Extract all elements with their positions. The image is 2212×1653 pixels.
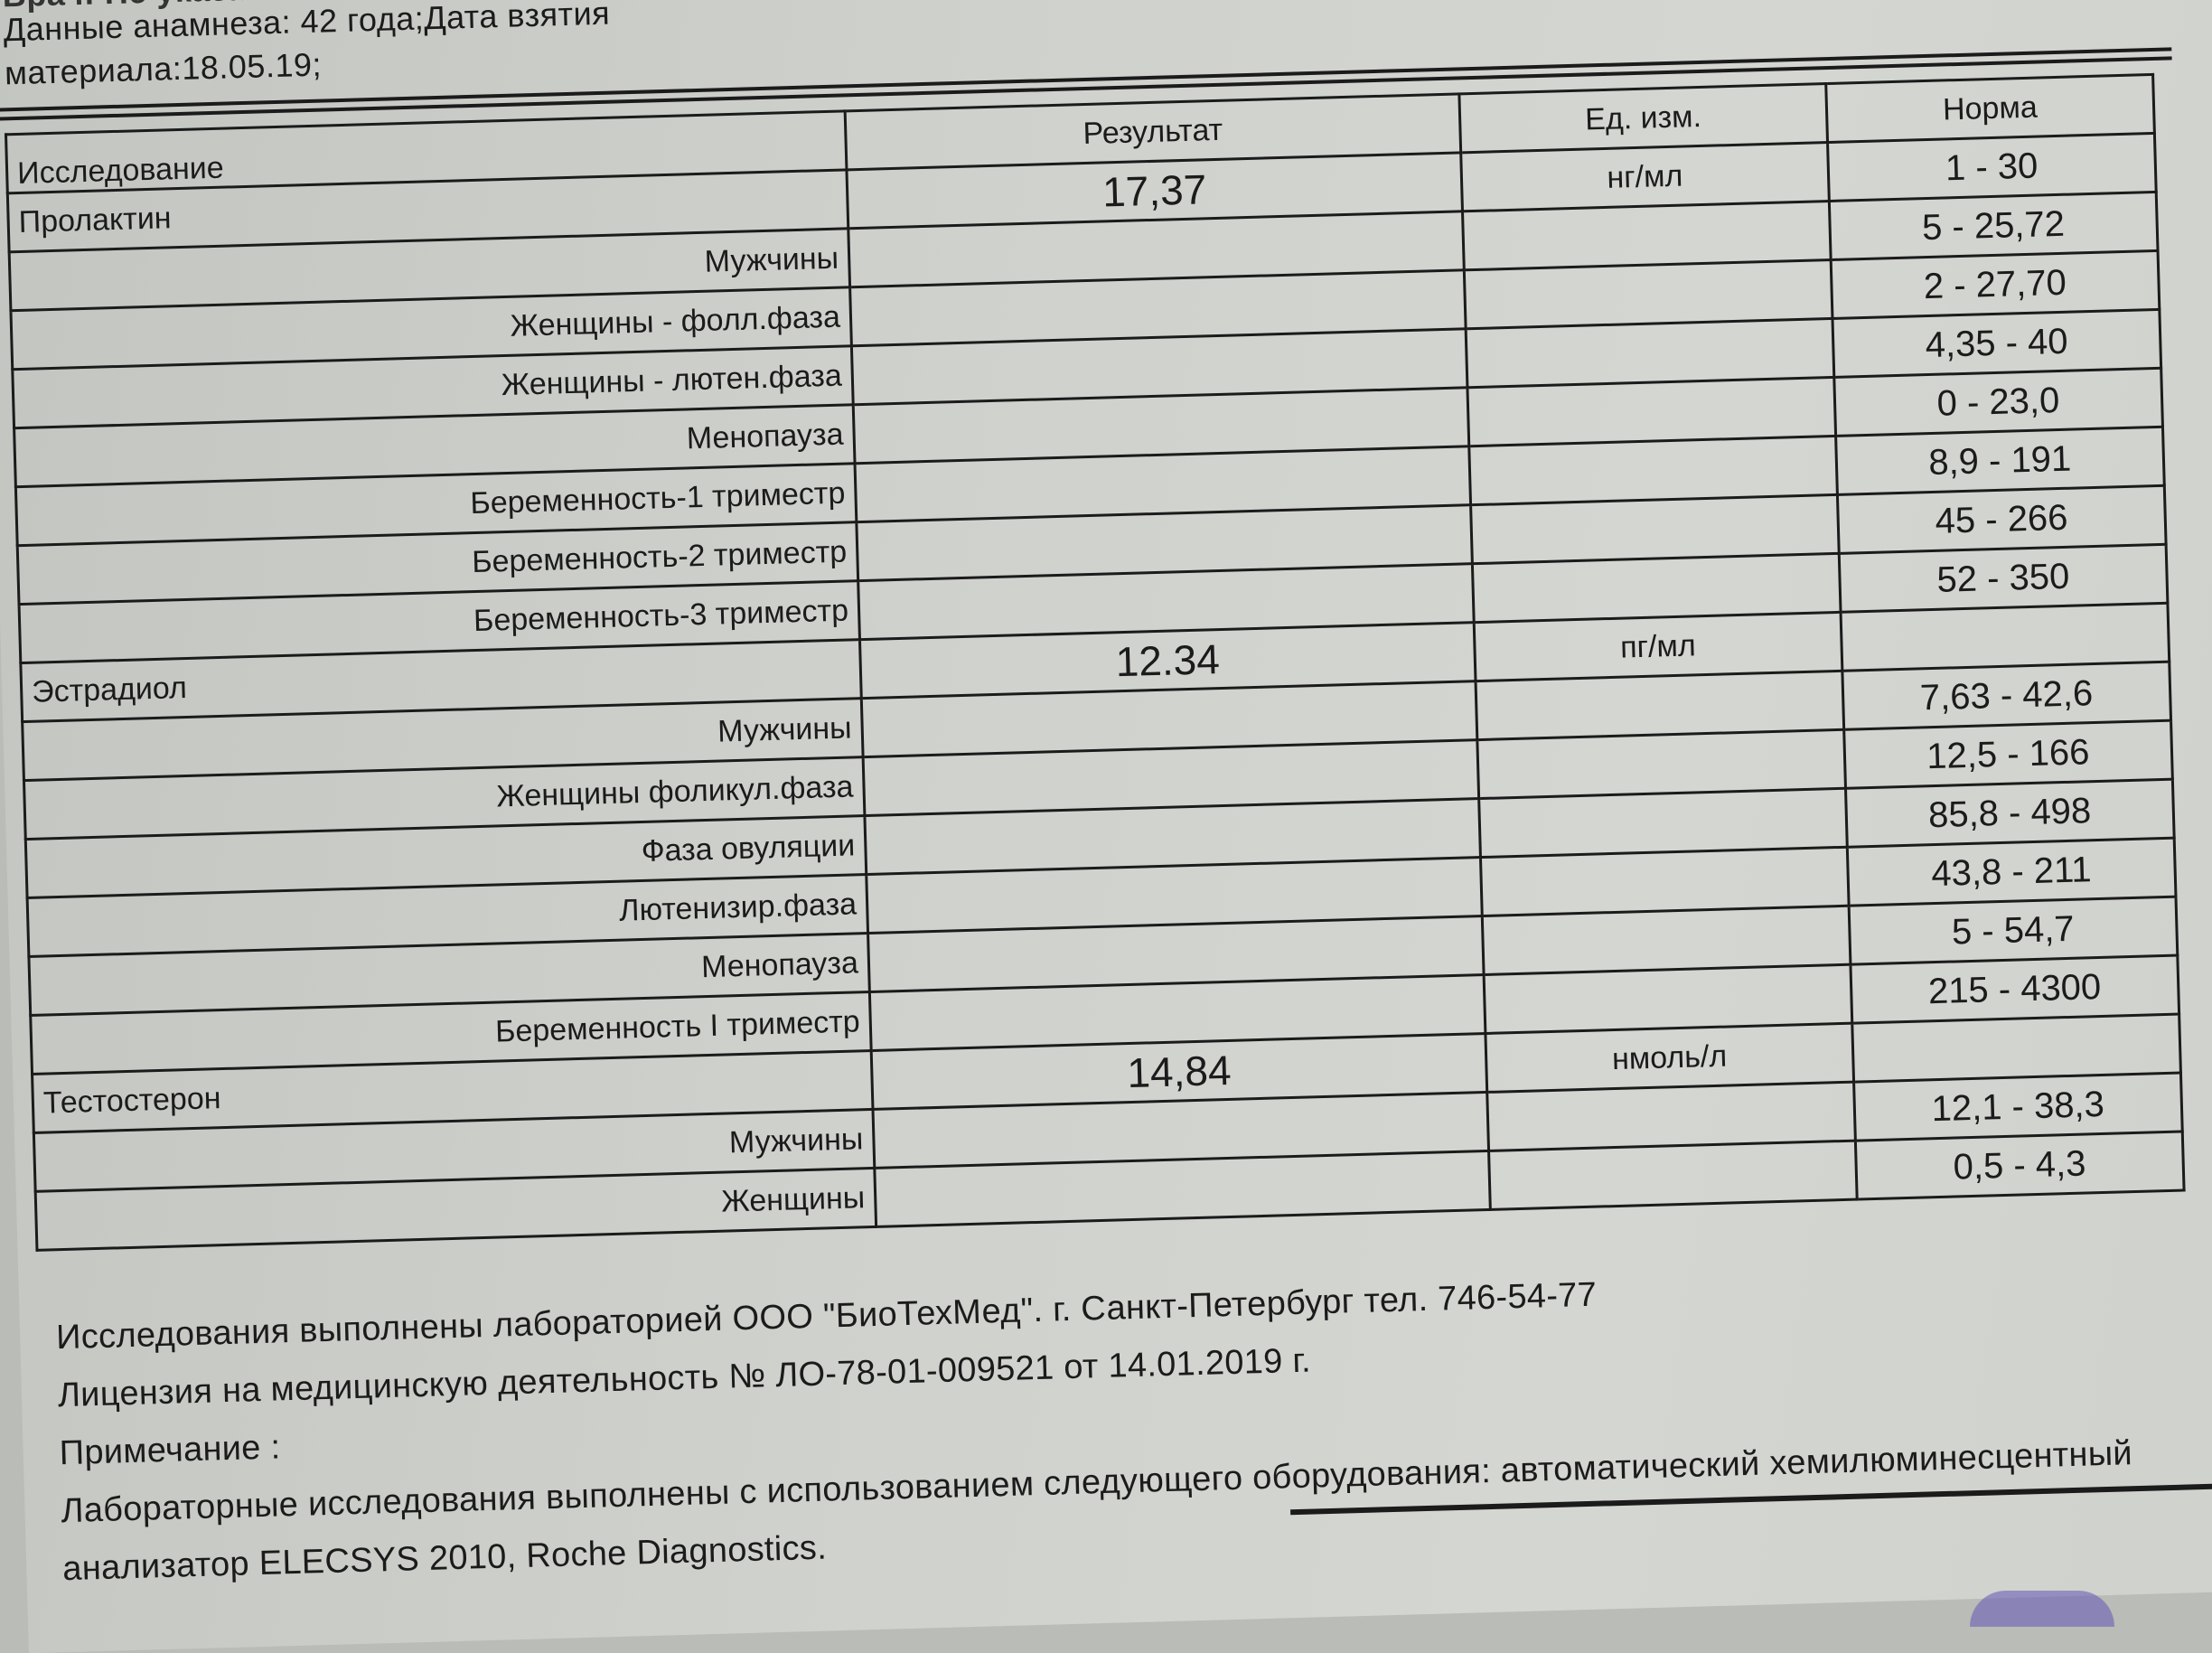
column-header-norm: Норма: [1825, 74, 2154, 142]
unit-value: [1472, 553, 1840, 622]
results-table: Исследование Результат Ед. изм. Норма Пр…: [5, 73, 2186, 1252]
reference-range: 85,8 - 498: [1845, 779, 2174, 847]
report-footer: Исследования выполнены лабораторией ООО …: [55, 1251, 2134, 1594]
reference-range: [1841, 603, 2170, 671]
unit-value: [1479, 788, 1847, 857]
reference-range: 7,63 - 42,6: [1842, 662, 2170, 729]
unit-value: нг/мл: [1461, 143, 1829, 211]
unit-value: пг/мл: [1474, 612, 1842, 681]
unit-value: [1482, 906, 1850, 974]
unit-value: [1467, 377, 1835, 446]
reference-range: 45 - 266: [1837, 485, 2166, 553]
unit-value: [1477, 729, 1845, 798]
unit-value: [1487, 1082, 1855, 1151]
unit-value: [1471, 494, 1839, 563]
unit-value: [1464, 260, 1832, 329]
unit-value: [1476, 671, 1843, 739]
reference-range: 215 - 4300: [1851, 955, 2179, 1023]
reference-range: 43,8 - 211: [1847, 838, 2176, 906]
reference-range: 1 - 30: [1827, 133, 2156, 201]
reference-range: 0,5 - 4,3: [1855, 1132, 2184, 1199]
unit-value: [1489, 1141, 1857, 1209]
reference-range: 0 - 23,0: [1833, 368, 2162, 436]
unit-value: [1463, 202, 1831, 270]
patient-info: Врач: Не указан Данные анамнеза: 42 года…: [3, 0, 612, 95]
reference-range: 5 - 25,72: [1829, 192, 2158, 259]
unit-value: [1484, 964, 1851, 1033]
reference-range: 52 - 350: [1839, 544, 2168, 612]
lab-report-page: Врач: Не указан Данные анамнеза: 42 года…: [0, 0, 2212, 1594]
unit-value: [1466, 318, 1833, 387]
unit-value: нмоль/л: [1486, 1023, 1853, 1092]
reference-range: 4,35 - 40: [1832, 309, 2161, 377]
reference-range: 5 - 54,7: [1849, 897, 2178, 964]
reference-range: 8,9 - 191: [1835, 427, 2164, 494]
reference-range: 12,5 - 166: [1843, 720, 2172, 788]
column-header-unit: Ед. изм.: [1459, 84, 1827, 153]
reference-range: 12,1 - 38,3: [1853, 1073, 2182, 1141]
reference-range: 2 - 27,70: [1831, 250, 2160, 318]
unit-value: [1469, 436, 1837, 504]
reference-range: [1851, 1014, 2180, 1082]
unit-value: [1481, 847, 1849, 916]
